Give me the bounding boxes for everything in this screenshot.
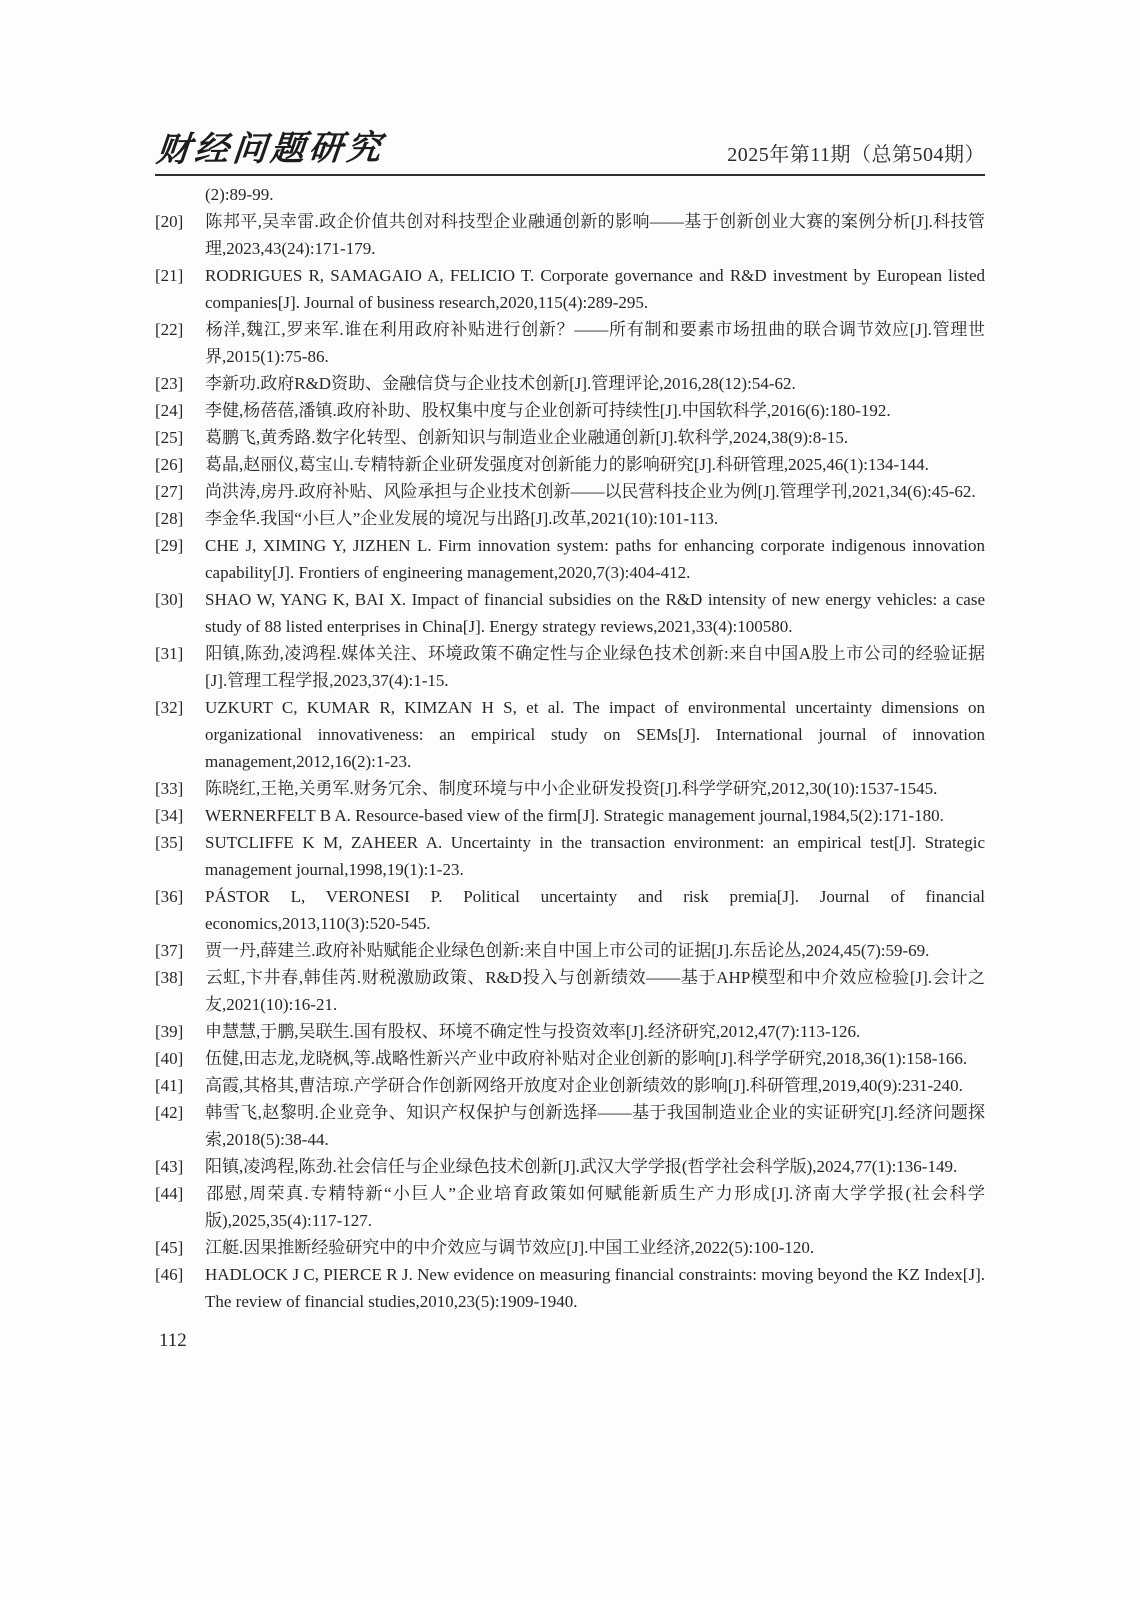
- references-list: (2):89-99. [20]陈邦平,吴幸雷.政企价值共创对科技型企业融通创新的…: [155, 181, 985, 1354]
- reference-text: UZKURT C, KUMAR R, KIMZAN H S, et al. Th…: [205, 698, 985, 771]
- reference-text: 陈邦平,吴幸雷.政企价值共创对科技型企业融通创新的影响——基于创新创业大赛的案例…: [205, 212, 985, 258]
- reference-number: [41]: [155, 1072, 205, 1099]
- reference-text: 韩雪飞,赵黎明.企业竞争、知识产权保护与创新选择——基于我国制造业企业的实证研究…: [205, 1103, 985, 1149]
- reference-text: HADLOCK J C, PIERCE R J. New evidence on…: [205, 1265, 985, 1311]
- issue-info: 2025年第11期（总第504期）: [727, 138, 985, 167]
- reference-number: [38]: [155, 964, 205, 991]
- reference-item: [41]高霞,其格其,曹洁琼.产学研合作创新网络开放度对企业创新绩效的影响[J]…: [155, 1072, 985, 1099]
- reference-item: [43]阳镇,凌鸿程,陈劲.社会信任与企业绿色技术创新[J].武汉大学学报(哲学…: [155, 1153, 985, 1180]
- reference-number: [34]: [155, 802, 205, 829]
- reference-number: [44]: [155, 1180, 205, 1207]
- reference-number: [29]: [155, 532, 205, 559]
- reference-text: PÁSTOR L, VERONESI P. Political uncertai…: [205, 887, 985, 933]
- reference-text: 江艇.因果推断经验研究中的中介效应与调节效应[J].中国工业经济,2022(5)…: [205, 1238, 814, 1257]
- reference-number: [39]: [155, 1018, 205, 1045]
- reference-number: [45]: [155, 1234, 205, 1261]
- reference-text: 伍健,田志龙,龙晓枫,等.战略性新兴产业中政府补贴对企业创新的影响[J].科学学…: [205, 1049, 967, 1068]
- reference-text: SUTCLIFFE K M, ZAHEER A. Uncertainty in …: [205, 833, 985, 879]
- reference-item: [30]SHAO W, YANG K, BAI X. Impact of fin…: [155, 586, 985, 640]
- reference-number: [35]: [155, 829, 205, 856]
- reference-number: [33]: [155, 775, 205, 802]
- reference-item: [28]李金华.我国“小巨人”企业发展的境况与出路[J].改革,2021(10)…: [155, 505, 985, 532]
- reference-text: SHAO W, YANG K, BAI X. Impact of financi…: [205, 590, 985, 636]
- reference-text: RODRIGUES R, SAMAGAIO A, FELICIO T. Corp…: [205, 266, 985, 312]
- reference-text: 葛晶,赵丽仪,葛宝山.专精特新企业研发强度对创新能力的影响研究[J].科研管理,…: [205, 455, 929, 474]
- reference-item: [27]尚洪涛,房丹.政府补贴、风险承担与企业技术创新——以民营科技企业为例[J…: [155, 478, 985, 505]
- reference-number: [40]: [155, 1045, 205, 1072]
- reference-text: 杨洋,魏江,罗来军.谁在利用政府补贴进行创新？——所有制和要素市场扭曲的联合调节…: [205, 320, 985, 366]
- reference-text: 邵慰,周荣真.专精特新“小巨人”企业培育政策如何赋能新质生产力形成[J].济南大…: [205, 1184, 985, 1230]
- reference-text: 李健,杨蓓蓓,潘镇.政府补助、股权集中度与企业创新可持续性[J].中国软科学,2…: [205, 401, 891, 420]
- reference-number: [27]: [155, 478, 205, 505]
- reference-item: [20]陈邦平,吴幸雷.政企价值共创对科技型企业融通创新的影响——基于创新创业大…: [155, 208, 985, 262]
- reference-number: [28]: [155, 505, 205, 532]
- reference-item: [35]SUTCLIFFE K M, ZAHEER A. Uncertainty…: [155, 829, 985, 883]
- reference-number: [42]: [155, 1099, 205, 1126]
- reference-item: [46]HADLOCK J C, PIERCE R J. New evidenc…: [155, 1261, 985, 1315]
- reference-item: [31]阳镇,陈劲,凌鸿程.媒体关注、环境政策不确定性与企业绿色技术创新:来自中…: [155, 640, 985, 694]
- reference-item: [21]RODRIGUES R, SAMAGAIO A, FELICIO T. …: [155, 262, 985, 316]
- reference-number: [26]: [155, 451, 205, 478]
- reference-item: [32]UZKURT C, KUMAR R, KIMZAN H S, et al…: [155, 694, 985, 775]
- reference-item: [45]江艇.因果推断经验研究中的中介效应与调节效应[J].中国工业经济,202…: [155, 1234, 985, 1261]
- reference-text: 云虹,卞井春,韩佳芮.财税激励政策、R&D投入与创新绩效——基于AHP模型和中介…: [205, 968, 985, 1014]
- reference-text: CHE J, XIMING Y, JIZHEN L. Firm innovati…: [205, 536, 985, 582]
- reference-text: 李新功.政府R&D资助、金融信贷与企业技术创新[J].管理评论,2016,28(…: [205, 374, 796, 393]
- reference-number: [24]: [155, 397, 205, 424]
- reference-item: [38]云虹,卞井春,韩佳芮.财税激励政策、R&D投入与创新绩效——基于AHP模…: [155, 964, 985, 1018]
- reference-number: [20]: [155, 208, 205, 235]
- reference-number: [23]: [155, 370, 205, 397]
- page-number: 112: [155, 1327, 985, 1354]
- journal-page: 财经问题研究 2025年第11期（总第504期） (2):89-99. [20]…: [0, 0, 1140, 1600]
- reference-text: 尚洪涛,房丹.政府补贴、风险承担与企业技术创新——以民营科技企业为例[J].管理…: [205, 482, 976, 501]
- reference-number: [21]: [155, 262, 205, 289]
- reference-text: 申慧慧,于鹏,吴联生.国有股权、环境不确定性与投资效率[J].经济研究,2012…: [205, 1022, 860, 1041]
- reference-item: [42]韩雪飞,赵黎明.企业竞争、知识产权保护与创新选择——基于我国制造业企业的…: [155, 1099, 985, 1153]
- reference-text: 阳镇,陈劲,凌鸿程.媒体关注、环境政策不确定性与企业绿色技术创新:来自中国A股上…: [205, 644, 985, 690]
- reference-number: [30]: [155, 586, 205, 613]
- reference-item: [33]陈晓红,王艳,关勇军.财务冗余、制度环境与中小企业研发投资[J].科学学…: [155, 775, 985, 802]
- reference-number: [31]: [155, 640, 205, 667]
- reference-item: [36]PÁSTOR L, VERONESI P. Political unce…: [155, 883, 985, 937]
- reference-item: [37]贾一丹,薛建兰.政府补贴赋能企业绿色创新:来自中国上市公司的证据[J].…: [155, 937, 985, 964]
- reference-number: [46]: [155, 1261, 205, 1288]
- reference-continuation-line: (2):89-99.: [155, 181, 985, 208]
- reference-number: [32]: [155, 694, 205, 721]
- reference-text: 葛鹏飞,黄秀路.数字化转型、创新知识与制造业企业融通创新[J].软科学,2024…: [205, 428, 848, 447]
- reference-number: [37]: [155, 937, 205, 964]
- reference-text: 高霞,其格其,曹洁琼.产学研合作创新网络开放度对企业创新绩效的影响[J].科研管…: [205, 1076, 963, 1095]
- reference-item: [22]杨洋,魏江,罗来军.谁在利用政府补贴进行创新？——所有制和要素市场扭曲的…: [155, 316, 985, 370]
- reference-text: 贾一丹,薛建兰.政府补贴赋能企业绿色创新:来自中国上市公司的证据[J].东岳论丛…: [205, 941, 929, 960]
- reference-item: [29]CHE J, XIMING Y, JIZHEN L. Firm inno…: [155, 532, 985, 586]
- reference-item: [25]葛鹏飞,黄秀路.数字化转型、创新知识与制造业企业融通创新[J].软科学,…: [155, 424, 985, 451]
- reference-item: [34]WERNERFELT B A. Resource-based view …: [155, 802, 985, 829]
- reference-number: [25]: [155, 424, 205, 451]
- reference-text: 陈晓红,王艳,关勇军.财务冗余、制度环境与中小企业研发投资[J].科学学研究,2…: [205, 779, 937, 798]
- reference-text: WERNERFELT B A. Resource-based view of t…: [205, 806, 944, 825]
- journal-logo: 财经问题研究: [155, 120, 388, 171]
- reference-text: 阳镇,凌鸿程,陈劲.社会信任与企业绿色技术创新[J].武汉大学学报(哲学社会科学…: [205, 1157, 957, 1176]
- reference-number: [36]: [155, 883, 205, 910]
- reference-number: [22]: [155, 316, 205, 343]
- reference-item: [23]李新功.政府R&D资助、金融信贷与企业技术创新[J].管理评论,2016…: [155, 370, 985, 397]
- reference-item: [26]葛晶,赵丽仪,葛宝山.专精特新企业研发强度对创新能力的影响研究[J].科…: [155, 451, 985, 478]
- page-header: 财经问题研究 2025年第11期（总第504期）: [155, 126, 985, 176]
- reference-text: 李金华.我国“小巨人”企业发展的境况与出路[J].改革,2021(10):101…: [205, 509, 718, 528]
- reference-item: [24]李健,杨蓓蓓,潘镇.政府补助、股权集中度与企业创新可持续性[J].中国软…: [155, 397, 985, 424]
- reference-item: [39]申慧慧,于鹏,吴联生.国有股权、环境不确定性与投资效率[J].经济研究,…: [155, 1018, 985, 1045]
- reference-item: [44]邵慰,周荣真.专精特新“小巨人”企业培育政策如何赋能新质生产力形成[J]…: [155, 1180, 985, 1234]
- reference-item: [40]伍健,田志龙,龙晓枫,等.战略性新兴产业中政府补贴对企业创新的影响[J]…: [155, 1045, 985, 1072]
- reference-number: [43]: [155, 1153, 205, 1180]
